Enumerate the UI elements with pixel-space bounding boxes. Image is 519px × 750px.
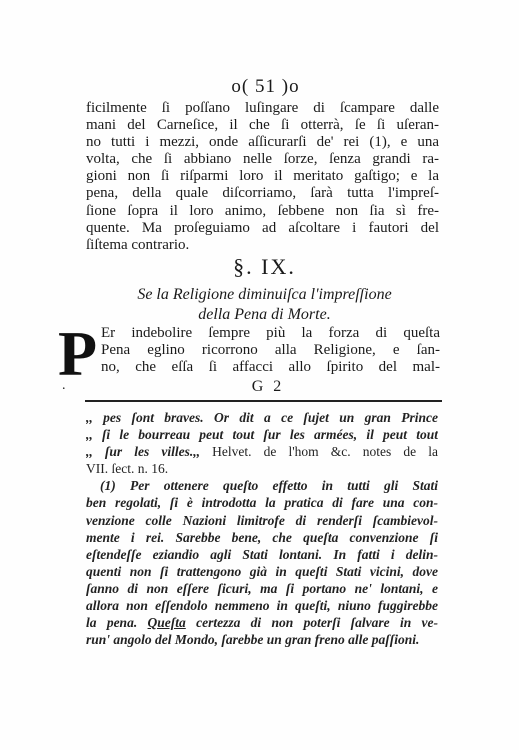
body-line: ficilmente ſi poſſano luſingare di ſcamp… xyxy=(86,100,439,117)
body-text-block: ficilmente ſi poſſano luſingare di ſcamp… xyxy=(86,100,439,254)
footnote-line: venzione colle Nazioni limitrofe di rend… xyxy=(86,512,438,529)
footnote-fragment: la pena. xyxy=(86,615,137,630)
footnote-line: (1) Per ottenere queſto effetto in tutti… xyxy=(86,477,438,494)
paragraph-line: Pena eglino ricorrono alla Religione, e … xyxy=(101,342,440,359)
footnote-line: ſanno di non eſſere ſicuri, ma ſi portan… xyxy=(86,580,438,597)
footnote-line: mente i rei. Sarebbe bene, che queſta co… xyxy=(86,529,438,546)
section-number: §. IX. xyxy=(0,254,519,280)
body-line: mani del Carneſice, il che ſi otterrà, ſ… xyxy=(86,117,439,134)
footnote-line: ,, pes ſont braves. Or dit a ce ſujet un… xyxy=(86,409,438,426)
section-title-line: Se la Religione diminuiſca l'impreſſione xyxy=(10,285,519,305)
footnote-underlined-word: Queſta xyxy=(148,615,186,630)
page-number: o( 51 )o xyxy=(0,76,519,98)
footnote-line: ben regolati, ſi è introdotta la pratica… xyxy=(86,494,438,511)
footnote-line: allora non eſſendolo nemmeno in queſti, … xyxy=(86,597,438,614)
body-line: volta, che ſi abbiano nelle ſorze, ſenza… xyxy=(86,151,439,168)
paragraph-text-block: Er indebolire ſempre più la forza di que… xyxy=(101,325,440,376)
footnote-fragment: ,, ſur les villes.,, xyxy=(86,444,200,459)
body-line: pena, della quale diſcorriamo, ſarà tutt… xyxy=(86,185,439,202)
body-line: ſione ſopra il loro animo, ſebbene non ſ… xyxy=(86,203,439,220)
book-page: o( 51 )o ficilmente ſi poſſano luſingare… xyxy=(0,0,519,750)
signature-mark-g2: G 2 xyxy=(218,378,318,396)
footnote-line: quenti non ſi trattengono già in queſti … xyxy=(86,563,438,580)
body-line: quente. Ma proſeguiamo ad aſcoltare i fa… xyxy=(86,220,439,237)
footnote-line: VII. ſect. n. 16. xyxy=(86,460,438,477)
footnote-fragment: certezza di non poterſi ſalvare in ve- xyxy=(196,615,438,630)
body-line: ſiſtema contrario. xyxy=(86,237,439,254)
drop-cap: P xyxy=(58,322,97,386)
footnote-line: eſtendeſſe eziandio agli Stati lontani. … xyxy=(86,546,438,563)
body-line: gioni non ſi riſparmi loro il meritato g… xyxy=(86,168,439,185)
footnotes-block: ,, pes ſont braves. Or dit a ce ſujet un… xyxy=(86,409,438,648)
footnote-line: run' angolo del Mondo, ſarebbe un gran f… xyxy=(86,631,438,648)
signature-mark: . xyxy=(62,378,66,394)
footnote-citation: Helvet. de l'hom &c. notes de la xyxy=(212,444,438,459)
footnote-rule-divider xyxy=(85,400,442,402)
paragraph-line: Er indebolire ſempre più la forza di que… xyxy=(101,325,440,342)
footnote-line: ,, ſur les villes.,, Helvet. de l'hom &c… xyxy=(86,443,438,460)
body-line: no tutti i mezzi, onde aſſicurarſi de' r… xyxy=(86,134,439,151)
footnote-line: ,, ſi le bourreau peut tout ſur les armé… xyxy=(86,426,438,443)
footnote-line: la pena. Queſta certezza di non poterſi … xyxy=(86,614,438,631)
paragraph-line: no, che eſſa ſi affacci allo ſpirito del… xyxy=(101,359,440,376)
